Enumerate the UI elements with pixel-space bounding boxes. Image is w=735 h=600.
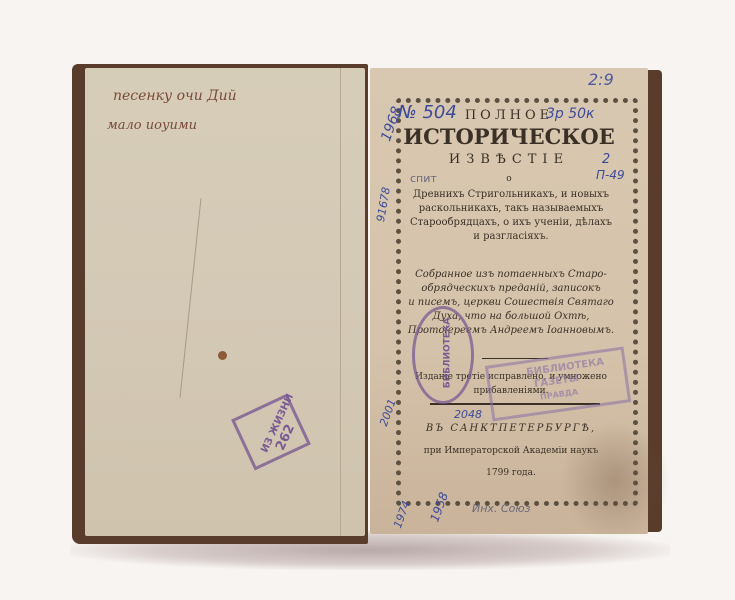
page-crease — [340, 68, 341, 536]
author-line: обрядческихъ преданій, записокъ — [406, 282, 616, 296]
subtitle-line: Старообрядцахъ, о ихъ ученіи, дѣлахъ — [406, 216, 616, 230]
annotation-inventory: № 504 — [398, 102, 457, 123]
ink-stain — [218, 351, 227, 360]
oval-stamp-text: БИБЛИОТЕКА — [442, 318, 452, 389]
annotation-top-right: 2:9 — [588, 70, 614, 89]
annotation-shelf-bottom: П-49 — [596, 168, 625, 182]
paper-crack — [180, 198, 202, 397]
subtitle-paragraph: Древнихъ Стригольникахъ, и новыхъ раскол… — [406, 188, 616, 244]
left-endpaper: песенку очи Дий мало иоуими — [85, 68, 365, 536]
annotation-bottom-pencil: Инх. Союз — [472, 502, 530, 515]
annotation-price: 3р 50к — [546, 106, 595, 122]
handwriting-line1: песенку очи Дий — [113, 88, 237, 104]
subtitle-line: раскольникахъ, такъ называемыхъ — [406, 202, 616, 216]
handwriting-line2: мало иоуими — [107, 118, 197, 133]
annotation-margin-number1: 91678 — [374, 186, 393, 223]
annotation-margin-note: спит — [410, 172, 437, 185]
subtitle-line: Древнихъ Стригольникахъ, и новыхъ — [406, 188, 616, 202]
annotation-bottom1: 1974 — [391, 499, 413, 530]
page-soiling — [560, 420, 670, 540]
annotation-shelf-top: 2 — [602, 152, 610, 167]
annotation-stamp-number: 2048 — [454, 408, 482, 421]
title-line2: ИСТОРИЧЕСКОЕ — [370, 124, 648, 149]
subtitle-line: и разгласіяхъ. — [406, 230, 616, 244]
author-line: Собранное изъ потаенныхъ Старо- — [406, 268, 616, 282]
